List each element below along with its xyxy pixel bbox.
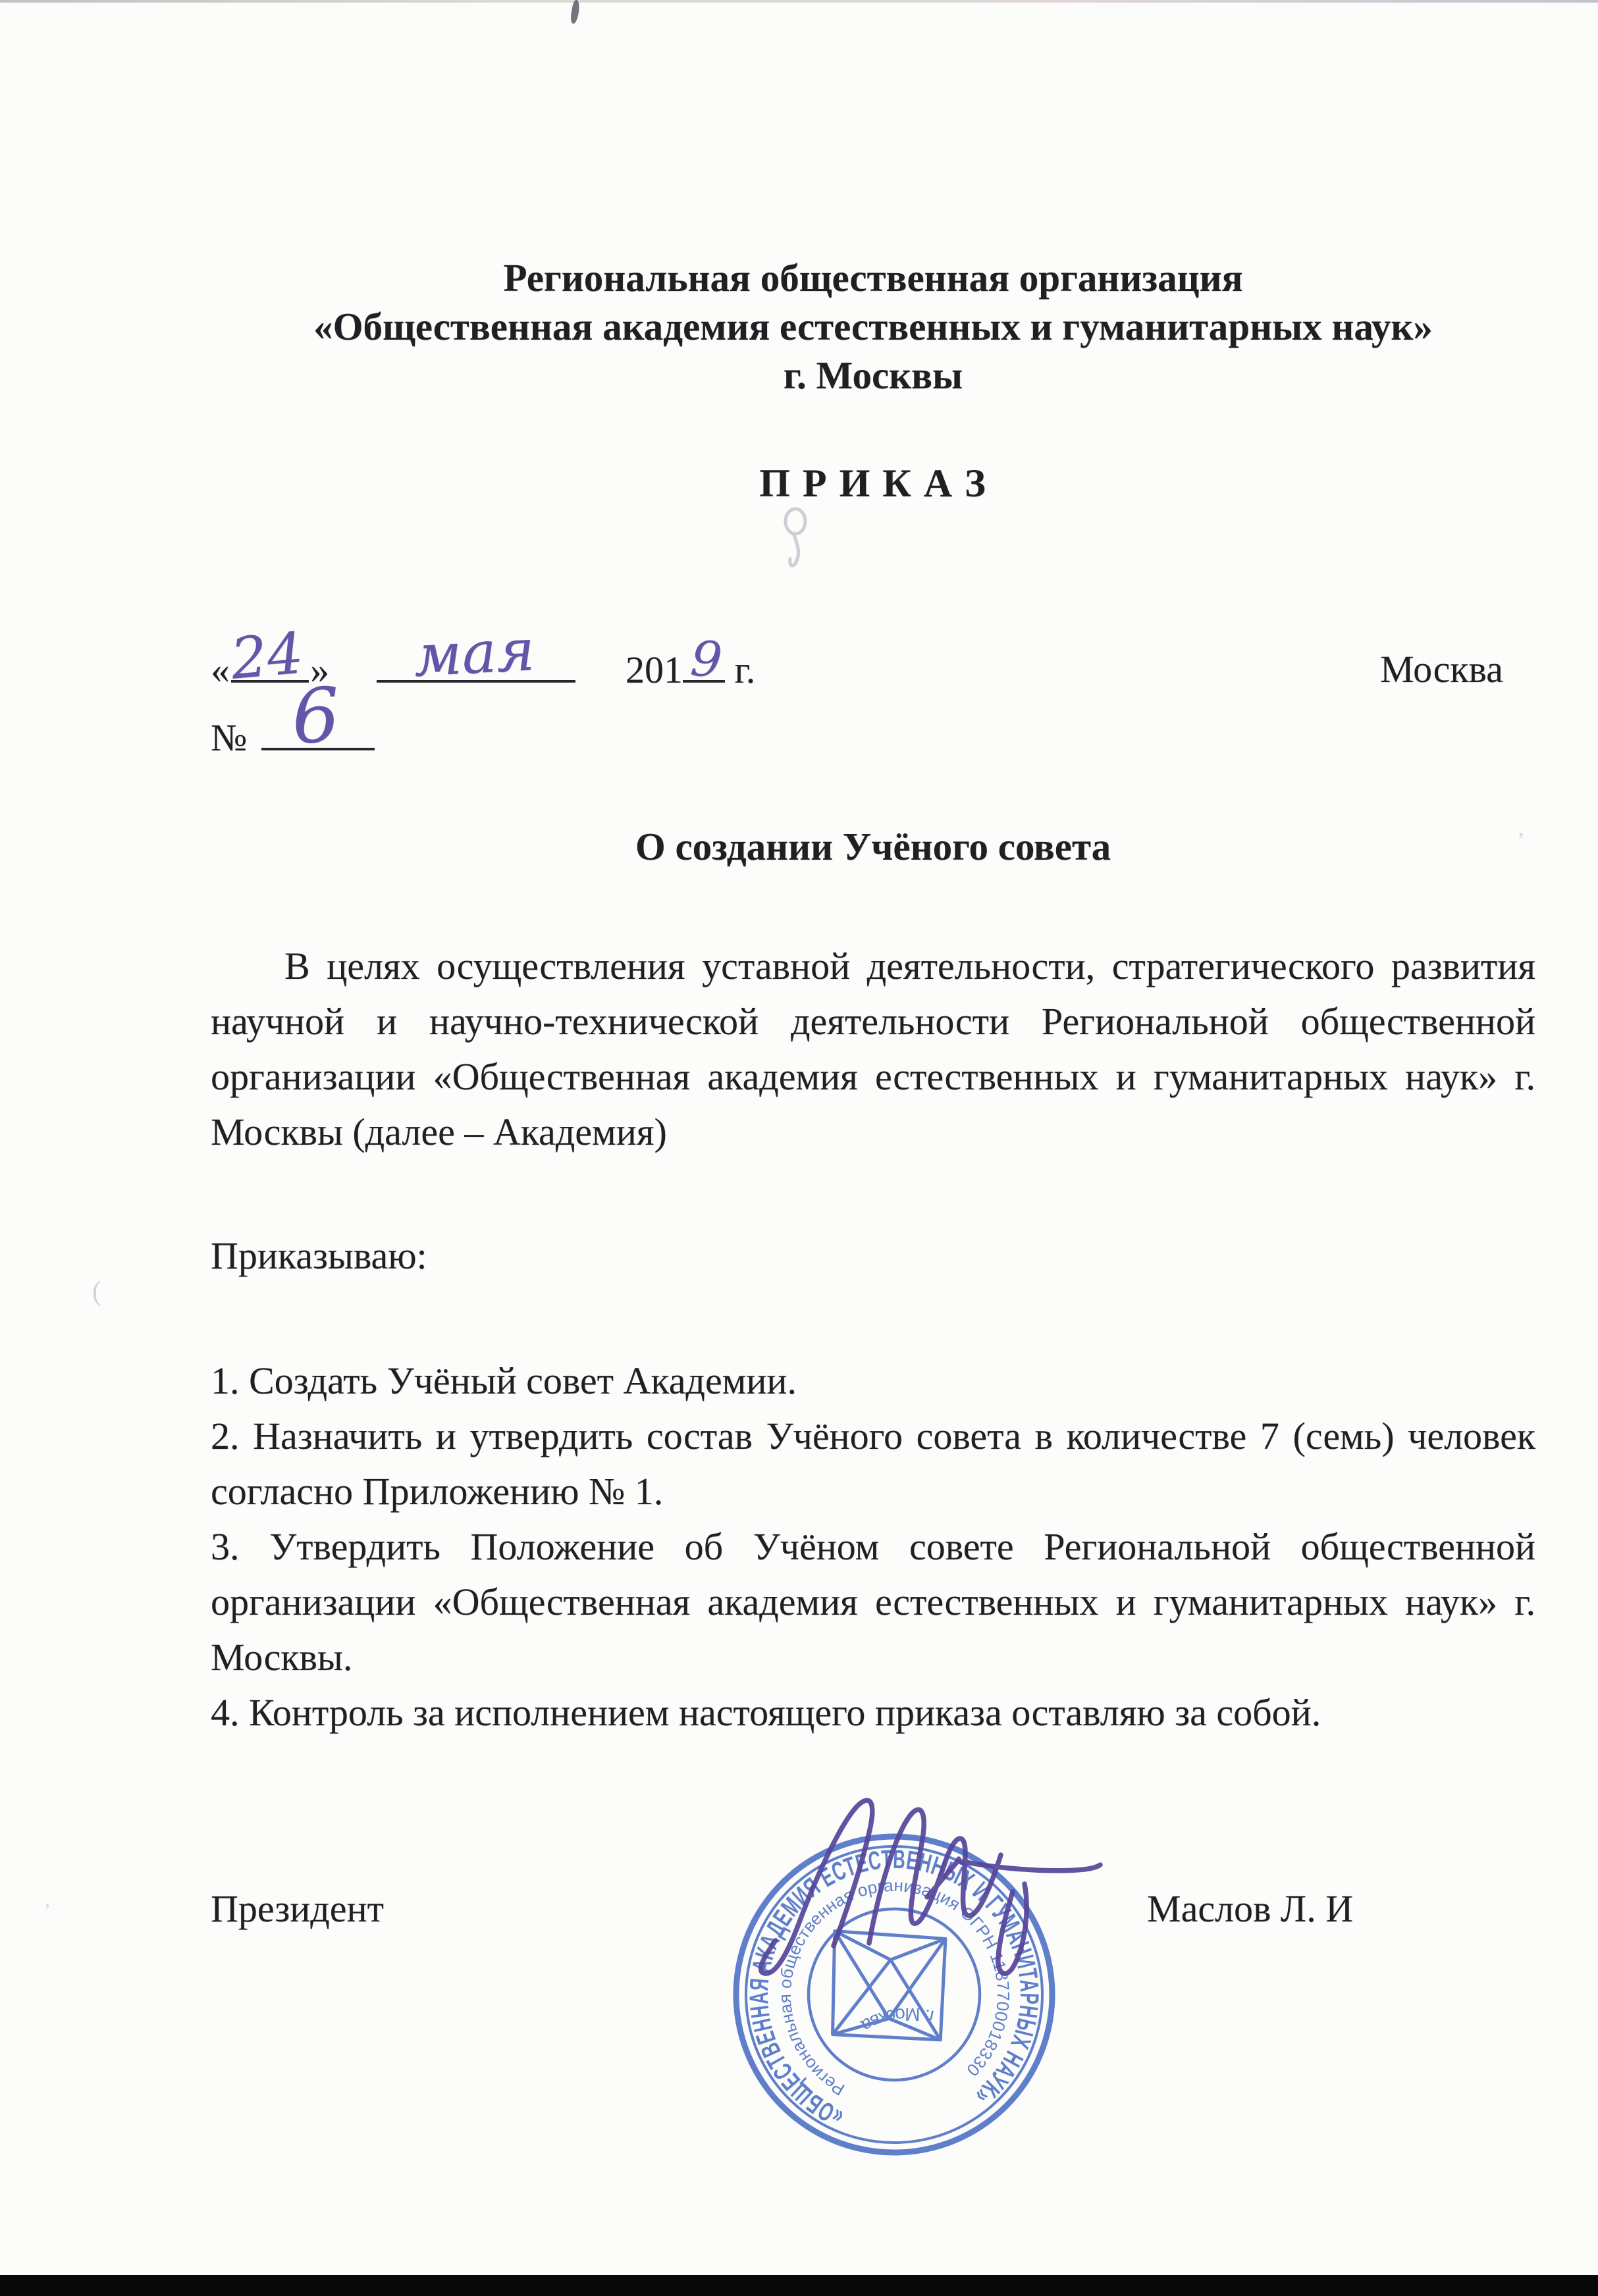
command-word: Приказываю: [211, 1234, 427, 1278]
signer-position: Президент [211, 1887, 384, 1930]
order-items: 1. Создать Учёный совет Академии. 2. Наз… [211, 1353, 1535, 1740]
date-year-suffix: г. [725, 648, 755, 691]
date-year-prefix: 201 [626, 648, 683, 691]
date-month-blank: мая [377, 647, 575, 683]
order-item-3: 3. Утвердить Положение об Учёном совете … [211, 1519, 1535, 1685]
order-item-4: 4. Контроль за исполнением настоящего пр… [211, 1685, 1535, 1740]
handwritten-month: мая [412, 615, 537, 689]
faint-pencil-mark [776, 498, 822, 577]
date-year-blank: 9 [683, 647, 725, 683]
stamp-city-text: г. Москва [857, 2000, 938, 2037]
scan-speck [570, 0, 581, 24]
handwritten-number: 6 [290, 671, 342, 761]
president-signature [724, 1771, 1264, 1988]
order-heading: П Р И К А З [211, 461, 1535, 506]
org-header-line2: «Общественная академия естественных и гу… [211, 302, 1535, 351]
preamble-paragraph: В целях осуществления уставной деятельно… [211, 939, 1535, 1160]
scan-mark: ’ [43, 1900, 51, 1925]
org-header-line1: Региональная общественная организация [211, 253, 1535, 302]
scanner-edge-artifact [0, 0, 1598, 3]
org-header-line3: г. Москвы [211, 351, 1535, 400]
scan-mark: ( [92, 1276, 101, 1307]
org-header: Региональная общественная организация «О… [211, 253, 1535, 400]
order-number-line: №6 [211, 715, 375, 760]
order-item-2: 2. Назначить и утвердить состав Учёного … [211, 1409, 1535, 1519]
scanner-bottom-band [0, 2275, 1598, 2296]
date-open-quote: « [211, 648, 230, 691]
order-subject: О создании Учёного совета [211, 824, 1535, 870]
order-item-1: 1. Создать Учёный совет Академии. [211, 1353, 1535, 1409]
issue-city: Москва [1380, 647, 1503, 691]
number-label: № [211, 716, 247, 759]
handwritten-year-digit: 9 [689, 630, 724, 689]
number-blank: 6 [261, 715, 375, 750]
scanned-order-document: ( ’ ’ Региональная общественная организа… [0, 0, 1598, 2296]
